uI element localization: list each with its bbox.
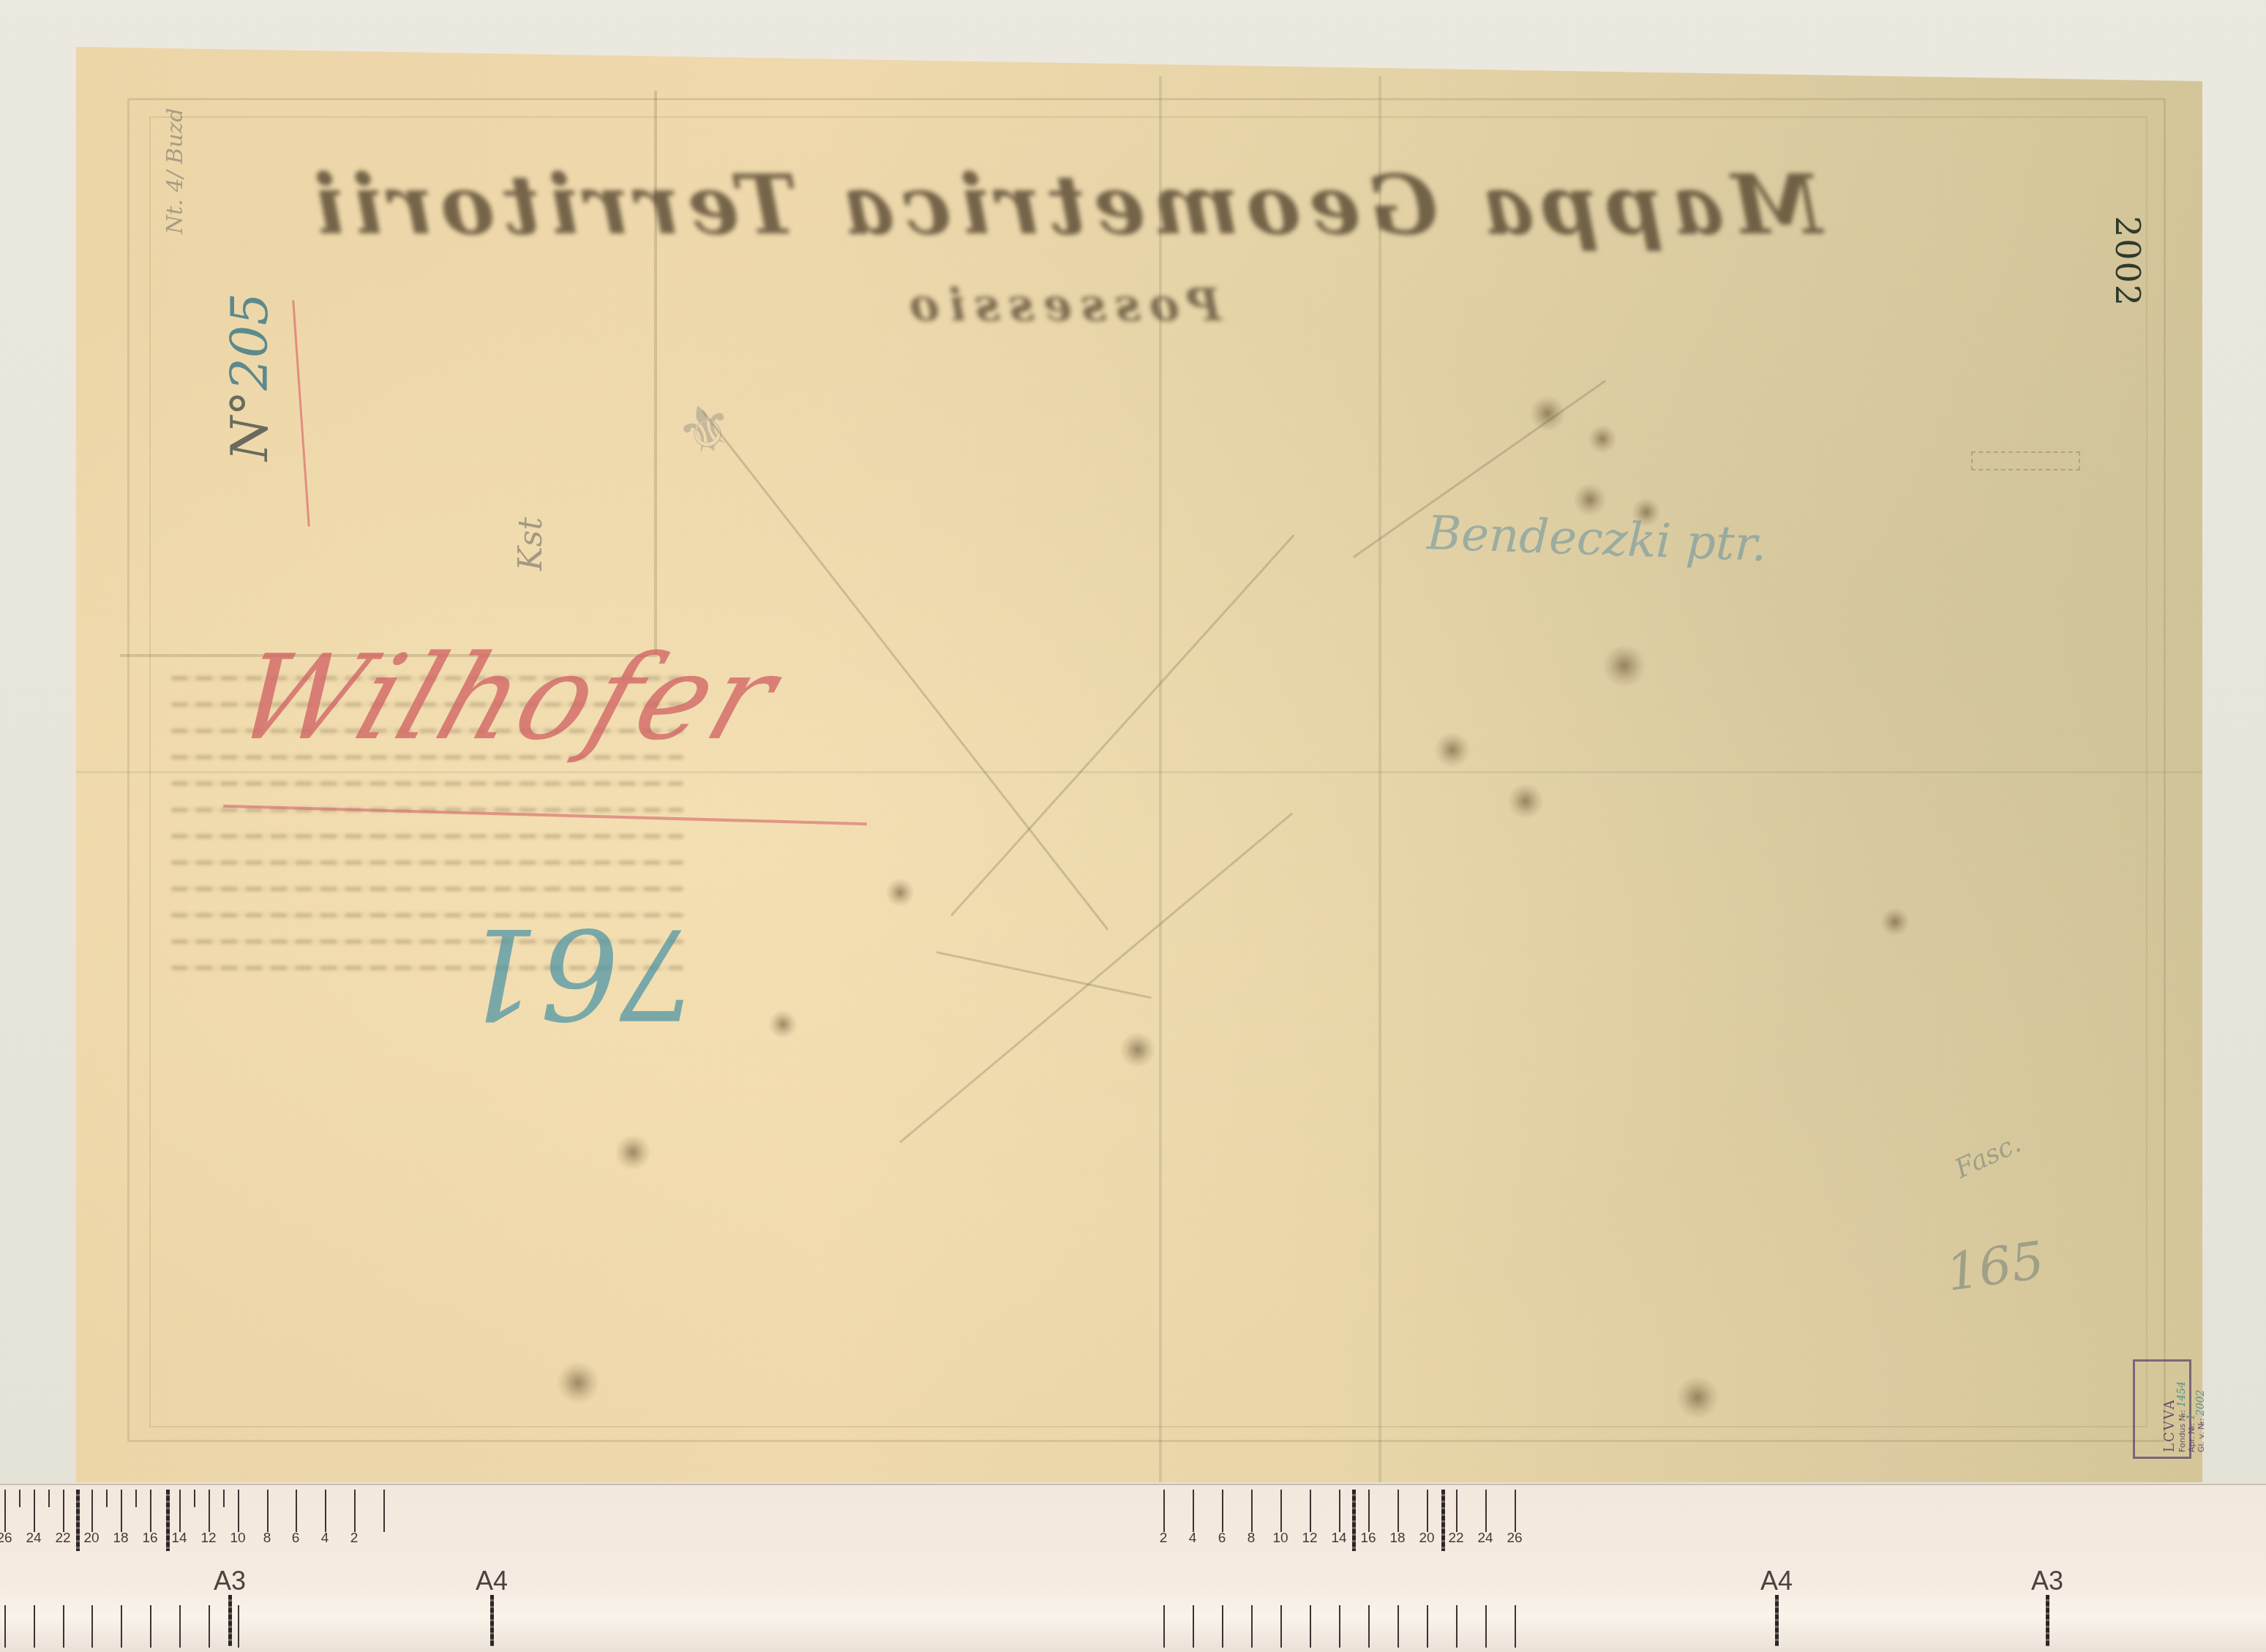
red-crayon-annotation: Wilhofer [220,629,795,766]
stain [885,878,915,907]
archive-stamp: LCVVA Fondus №: 1454 Apr. №: 1 Gl. v. №:… [2162,1360,2206,1452]
catalog-number: N°205 [220,293,280,461]
stain [556,1361,600,1405]
sheet-number: 2002 [2108,216,2147,307]
stain [768,1010,798,1039]
stain [1529,395,1566,432]
stain [1434,732,1471,768]
stain [1676,1375,1719,1419]
stain [1588,424,1617,454]
faint-stamp-mark [1971,451,2080,470]
stain [615,1134,651,1171]
stain [1880,907,1910,936]
stain [1507,783,1544,819]
pencil-signature: Kst [512,517,549,571]
pencil-note-left: Nt. 4/ Buzd [154,108,198,235]
stain [1119,1032,1156,1068]
measuring-ruler: 26 24 22 20 18 16 14 12 10 8 6 4 2 2 4 6… [0,1484,2266,1652]
catalog-number-value: 205 [220,293,280,391]
stamp-field-fondus: Fondus №: 1454 [2177,1360,2187,1452]
ruler-format-a3-right: A3 [2031,1566,2063,1596]
ruler-format-a4-left: A4 [476,1566,508,1596]
mirrored-map-title: Mappa Geometrica Territorii [432,157,1822,274]
ruler-format-a4-right: A4 [1760,1566,1793,1596]
blue-crayon-number: 761 [461,900,698,1045]
mirrored-map-subtitle: Possessio [732,278,1390,337]
stamp-field-glv: Gl. v. №: 2002 [2196,1360,2206,1452]
catalog-number-prefix: N° [220,391,280,461]
stamp-institution: LCVVA [2162,1360,2177,1452]
ruler-format-a3-left: A3 [214,1566,246,1596]
stain [1602,644,1646,688]
